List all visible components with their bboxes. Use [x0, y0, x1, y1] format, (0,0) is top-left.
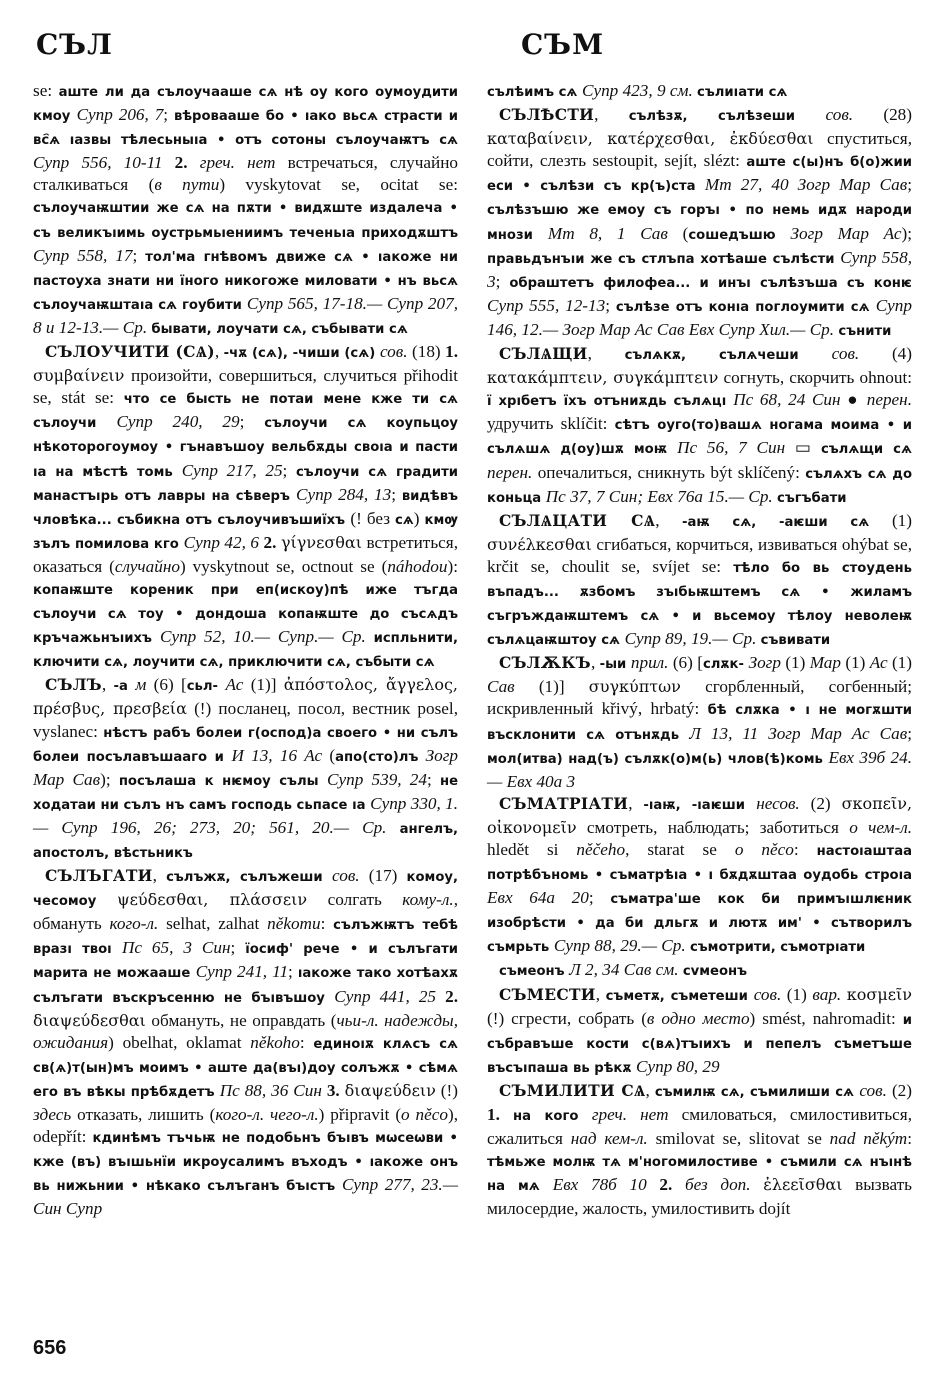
entry-continuation: сълѣимъ сѧ Супр 423, 9 см. сълиıати сѧ	[487, 80, 912, 104]
greek-equivalent: ἐλεεῖσθαι	[763, 1175, 842, 1194]
gloss-text: ●	[847, 390, 866, 409]
gloss-text: ;	[907, 175, 912, 194]
dictionary-entry: СЪЛЪГАТИ, сълъжѫ, сълъжеши сов. (17) ком…	[33, 865, 458, 1220]
gloss-text: ):	[447, 557, 458, 576]
gloss-text: (2)	[800, 794, 842, 813]
headword: СЪМЕСТИ	[499, 985, 596, 1004]
citation-or-label: Супр 423, 9 см.	[582, 81, 697, 100]
citation-or-label: здесь	[33, 1105, 71, 1124]
old-slavonic-text: сълѣимъ сѧ	[487, 85, 582, 100]
gloss-text: ) smést, nahromadit:	[750, 1009, 903, 1028]
citation-or-label: сов.	[859, 1081, 887, 1100]
citation-or-label: прил.	[631, 653, 669, 672]
old-slavonic-text: посълаша к нѥмоу сълы	[119, 774, 327, 789]
gloss-text: (1)	[892, 511, 912, 530]
citation-or-label: o něco	[401, 1105, 448, 1124]
citation-or-label: Сав	[487, 677, 515, 696]
citation-or-label: И 13, 16 Ас	[231, 746, 322, 765]
gloss-text: :	[907, 1129, 912, 1148]
gloss-text: :	[321, 914, 334, 933]
greek-equivalent: γίγνεσθαι	[281, 533, 362, 552]
citation-or-label: o něco	[735, 840, 794, 859]
gloss-text: ;	[391, 485, 402, 504]
citation-or-label: Евх 78б 10	[553, 1175, 660, 1194]
old-slavonic-text: -ыи	[600, 657, 631, 672]
gloss-text: ,	[596, 985, 606, 1004]
old-slavonic-text: сълѧкѫ, сълѧчеши	[625, 348, 832, 363]
citation-or-label: случайно	[115, 557, 180, 576]
old-slavonic-text: сълѧщи сѧ	[821, 442, 912, 457]
citation-or-label: Супр 555, 12-13	[487, 296, 605, 315]
old-slavonic-text: -аѭ сѧ, -аѥши сѧ	[682, 515, 892, 530]
old-slavonic-text: на кого	[513, 1109, 592, 1124]
headword: СЪЛЪГАТИ	[45, 866, 153, 885]
gloss-text: 1.	[445, 342, 458, 361]
citation-or-label: перен.	[487, 463, 532, 482]
gloss-text: ;	[605, 296, 616, 315]
greek-equivalent: καταβαίνειν, κατέρχεσθαι, ἐκδύεσθαι	[487, 129, 814, 148]
citation-or-label: Супр 217, 25	[182, 461, 283, 480]
gloss-text: hledět si	[487, 840, 576, 859]
gloss-text: ) připravit (	[319, 1105, 401, 1124]
citation-or-label: в одно место	[647, 1009, 750, 1028]
greek-equivalent: συμβαίνειν	[33, 366, 124, 385]
greek-equivalent: συγκύπτων	[589, 677, 681, 696]
citation-or-label: без доп.	[685, 1175, 751, 1194]
gloss-text: 2.	[659, 1175, 685, 1194]
headword: СЪЛѦЩИ	[499, 344, 588, 363]
citation-or-label: кому-л.	[402, 890, 453, 909]
gloss-text: );	[902, 224, 913, 243]
gloss-text: (!) сгрести, собрать (	[487, 1009, 647, 1028]
gloss-text: ,	[628, 794, 643, 813]
citation-or-label: Супр 88, 29.— Ср.	[554, 936, 690, 955]
citation-or-label: někomu	[267, 914, 320, 933]
citation-or-label: Супр 441, 25	[334, 987, 445, 1006]
gloss-text: (28)	[853, 105, 912, 124]
citation-or-label: м	[135, 675, 146, 694]
dictionary-entry: СЪЛѦЦАТИ СѦ, -аѭ сѧ, -аѥши сѧ (1) συνέλκ…	[487, 510, 912, 653]
greek-equivalent: ψεύδεσθαι, πλάσσειν	[117, 890, 307, 909]
gloss-text: (!)	[436, 1081, 458, 1100]
page-number: 656	[33, 1337, 66, 1360]
gloss-text: ,	[102, 675, 114, 694]
gloss-text: ,	[591, 653, 600, 672]
gloss-text: (4)	[859, 344, 912, 363]
citation-or-label: Пс 56, 7 Син	[677, 438, 795, 457]
citation-or-label: Пс 68, 24 Син	[733, 390, 847, 409]
old-slavonic-text: съгъбати	[777, 491, 847, 506]
entry-continuation: se: аште ли да сълоучааше сѧ нѣ оу кого …	[33, 80, 458, 341]
citation-or-label: Супр 284, 13	[296, 485, 391, 504]
greek-equivalent: συνέλκεσθαι	[487, 535, 592, 554]
headword: СЪЛѦЦАТИ СѦ	[499, 511, 655, 530]
citation-or-label: Ас	[226, 675, 244, 694]
dictionary-entry: СЪЛѪКЪ, -ыи прил. (6) [слѫк- Зогр (1) Ма…	[487, 652, 912, 793]
old-slavonic-text: -чѫ (сѧ), -чиши (сѧ)	[224, 346, 380, 361]
citation-or-label: Супр 558, 17	[33, 246, 132, 265]
gloss-text: обмануть, не оправдать (	[146, 1011, 337, 1030]
gloss-text: (2)	[887, 1081, 912, 1100]
gloss-text: ;	[496, 272, 510, 291]
citation-or-label: Супр 42, 6	[184, 533, 264, 552]
old-slavonic-text: бывати, лоучати сѧ, събывати сѧ	[151, 322, 407, 337]
old-slavonic-text: съметѫ, съметеши	[606, 989, 754, 1004]
gloss-text: );	[100, 770, 119, 789]
citation-or-label: Пс 37, 7 Син; Евх 76а 15.— Ср.	[546, 487, 777, 506]
dictionary-entry: СЪМЕСТИ, съметѫ, съметеши сов. (1) вар. …	[487, 984, 912, 1080]
gloss-text: ,	[588, 344, 625, 363]
gloss-text: ,	[594, 105, 629, 124]
gloss-text: (	[668, 224, 688, 243]
right-column: сълѣимъ сѧ Супр 423, 9 см. сълиıати сѧСЪ…	[487, 80, 912, 1221]
citation-or-label: кого-л. чего-л.	[215, 1105, 318, 1124]
old-slavonic-text: сѧ	[395, 513, 414, 528]
dictionary-page: СЪЛ СЪМ se: аште ли да сълоучааше сѧ нѣ …	[0, 0, 950, 1392]
gloss-text: 2.	[264, 533, 281, 552]
citation-or-label: Супр 539, 24	[327, 770, 427, 789]
old-slavonic-text: сълѣзе отъ конıа поглоумити сѧ	[616, 300, 876, 315]
old-slavonic-text: ї хрıбетъ їхъ отъниѫдь сълѧцı	[487, 394, 733, 409]
citation-or-label: в пути	[154, 175, 219, 194]
citation-or-label: Супр 206, 7	[77, 105, 164, 124]
citation-or-label: сов.	[380, 342, 408, 361]
dictionary-entry: СЪЛѦЩИ, сълѧкѫ, сълѧчеши сов. (4) κατακά…	[487, 343, 912, 510]
gloss-text: se:	[33, 81, 59, 100]
gloss-text: ▭	[795, 438, 821, 457]
gloss-text: )	[414, 509, 425, 528]
gloss-text: (1)]	[515, 677, 589, 696]
cross-reference: съмеонъ Л 2, 34 Сав см. сvмеонъ	[487, 959, 912, 983]
citation-or-label: Зогр	[749, 653, 781, 672]
citation-or-label: Мар	[810, 653, 841, 672]
gloss-text	[751, 1175, 764, 1194]
old-slavonic-text: мол(итва) над(ъ) сълѫк(о)м(ь) члов(ѣ)ком…	[487, 752, 828, 767]
greek-equivalent: κοσμεῖν	[847, 985, 912, 1004]
gloss-text: :	[794, 840, 817, 859]
old-slavonic-text: правьдънъıи же съ стлъпа хотѣаше сълѣсти	[487, 252, 840, 267]
citation-or-label: сов.	[332, 866, 360, 885]
old-slavonic-text: съмилѭ сѧ, съмилиши сѧ	[655, 1085, 860, 1100]
gloss-text: ,	[215, 342, 224, 361]
gloss-text: :	[300, 1033, 313, 1052]
citation-or-label: Супр 52, 10.— Супр.— Ср.	[160, 627, 374, 646]
headword: СЪЛѢСТИ	[499, 105, 594, 124]
old-slavonic-text: съмотрити, съмотрıати	[690, 940, 865, 955]
old-slavonic-text: сълоучаѭштии же сѧ на пѫти • видѫште изд…	[33, 201, 458, 240]
gloss-text: ,	[153, 866, 166, 885]
citation-or-label: někoho	[250, 1033, 300, 1052]
citation-or-label: Мт 8, 1 Сав	[548, 224, 668, 243]
running-head-right: СЪМ	[521, 28, 604, 61]
gloss-text: (1)	[888, 653, 912, 672]
gloss-text: 2.	[445, 987, 458, 1006]
old-slavonic-text: съмеонъ	[499, 964, 569, 979]
gloss-text: (6) [	[668, 653, 702, 672]
citation-or-label: сов.	[754, 985, 782, 1004]
gloss-text: ) vyskytnout se, octnout se (	[180, 557, 387, 576]
gloss-text: ;	[589, 888, 610, 907]
citation-or-label: сов.	[826, 105, 854, 124]
gloss-text: согнуть, скорчить ohnout:	[718, 368, 912, 387]
dictionary-entry: СЪЛЪ, -а м (6) [сьл- Ас (1)] ἀπόστολος, …	[33, 674, 458, 865]
gloss-text: (	[322, 746, 335, 765]
gloss-text: (17)	[360, 866, 407, 885]
gloss-text: ;	[283, 461, 296, 480]
old-slavonic-text: сълъжѫ, сълъжеши	[166, 870, 332, 885]
gloss-text: опечалиться, сникнуть být sklíčený:	[532, 463, 805, 482]
citation-or-label: Пс 88, 36 Син	[220, 1081, 327, 1100]
gloss-text: (1)	[781, 653, 810, 672]
old-slavonic-text: сvмеонъ	[683, 964, 747, 979]
dictionary-entry: СЪМАТРІАТИ, -ıаѭ, -ıаѥши несов. (2) σκοπ…	[487, 793, 912, 960]
gloss-text: 3.	[327, 1081, 345, 1100]
headword: СЪЛѪКЪ	[499, 653, 591, 672]
citation-or-label: Супр 89, 19.— Ср.	[625, 629, 761, 648]
citation-or-label: Л 13, 11 Зогр Мар Ас Сав	[689, 724, 907, 743]
citation-or-label: nad někým	[830, 1129, 908, 1148]
citation-or-label: Мт 27, 40 Зогр Мар Сав	[705, 175, 907, 194]
citation-or-label: кого-л.	[110, 914, 159, 933]
gloss-text: (1)	[781, 985, 812, 1004]
gloss-text: (1)	[841, 653, 870, 672]
old-slavonic-text: сънити	[838, 324, 891, 339]
old-slavonic-text: -ıаѭ, -ıаѥши	[643, 798, 756, 813]
citation-or-label: Л 2, 34 Сав см.	[569, 960, 683, 979]
headword: СЪМИЛИТИ СѦ	[499, 1081, 645, 1100]
old-slavonic-text: обраштетъ филофеа... и инъı сълѣзъша съ …	[509, 276, 912, 291]
gloss-text: 2.	[175, 153, 200, 172]
citation-or-label: Пс 65, 3 Син	[122, 938, 231, 957]
old-slavonic-text: съвивати	[761, 633, 830, 648]
greek-equivalent: διαψεύδειν	[345, 1081, 436, 1100]
old-slavonic-text: сълиıати сѧ	[697, 85, 787, 100]
citation-or-label: о чем-л.	[849, 818, 912, 837]
citation-or-label: греч. нет	[200, 153, 276, 172]
citation-or-label: перен.	[867, 390, 912, 409]
citation-or-label: Супр 80, 29	[636, 1057, 720, 1076]
citation-or-label: náhodou	[387, 557, 447, 576]
gloss-text: ,	[645, 1081, 654, 1100]
old-slavonic-text: сошедъшю	[688, 228, 790, 243]
gloss-text: ;	[907, 724, 912, 743]
gloss-text: ;	[240, 412, 265, 431]
greek-equivalent: κατακάμπτειν, συγκάμπτειν	[487, 368, 718, 387]
gloss-text: ;	[163, 105, 174, 124]
dictionary-entry: СЪЛѢСТИ, сълѣзѫ, сълѣзеши сов. (28) κατα…	[487, 104, 912, 343]
citation-or-label: сов.	[832, 344, 860, 363]
dictionary-entry: СЪМИЛИТИ СѦ, съмилѭ сѧ, съмилиши сѧ сов.…	[487, 1080, 912, 1221]
gloss-text: солгать	[307, 890, 402, 909]
running-head-left: СЪЛ	[36, 28, 113, 61]
old-slavonic-text: сьл-	[187, 679, 226, 694]
old-slavonic-text: -а	[113, 679, 135, 694]
gloss-text: selhat, zalhat	[158, 914, 267, 933]
gloss-text: ,	[655, 511, 682, 530]
headword: СЪМАТРІАТИ	[499, 794, 628, 813]
gloss-text: ;	[427, 770, 440, 789]
citation-or-label: вар.	[812, 985, 846, 1004]
dictionary-entry: СЪЛОУЧИТИ (СѦ), -чѫ (сѧ), -чиши (сѧ) сов…	[33, 341, 458, 674]
headword: СЪЛОУЧИТИ (СѦ)	[45, 342, 215, 361]
gloss-text: ;	[132, 246, 145, 265]
citation-or-label: несов.	[756, 794, 799, 813]
gloss-text: удручить sklíčit:	[487, 414, 615, 433]
greek-equivalent: διαψεύδεσθαι	[33, 1011, 146, 1030]
gloss-text: ;	[288, 962, 298, 981]
headword: СЪЛЪ	[45, 675, 102, 694]
gloss-text: smilovat se, slitovat se	[648, 1129, 830, 1148]
citation-or-label: Супр 556, 10-11	[33, 153, 175, 172]
gloss-text: смотреть, наблюдать; заботиться	[577, 818, 850, 837]
gloss-text: (18)	[408, 342, 446, 361]
citation-or-label: Супр 241, 11	[196, 962, 288, 981]
old-slavonic-text: сълѣзѫ, сълѣзеши	[629, 109, 826, 124]
left-column: se: аште ли да сълоучааше сѧ нѣ оу кого …	[33, 80, 458, 1221]
gloss-text: ) obelhat, oklamat	[108, 1033, 250, 1052]
gloss-text: 1.	[487, 1105, 513, 1124]
gloss-text: отказать, лишить (	[71, 1105, 215, 1124]
gloss-text: ) vyskytovat se, ocitat se:	[219, 175, 458, 194]
citation-or-label: греч. нет	[592, 1105, 669, 1124]
gloss-text: (1)]	[243, 675, 283, 694]
old-slavonic-text: слѫк-	[703, 657, 749, 672]
old-slavonic-text: апо(сто)лъ	[335, 750, 418, 765]
citation-or-label: Евх 64а 20	[487, 888, 589, 907]
gloss-text: ;	[231, 938, 246, 957]
gloss-text: (6) [	[146, 675, 186, 694]
gloss-text: (! без	[350, 509, 395, 528]
citation-or-label: Ас	[870, 653, 888, 672]
citation-or-label: Зогр Мар Ас	[791, 224, 902, 243]
gloss-text: , starat se	[625, 840, 735, 859]
citation-or-label: над кем-л.	[571, 1129, 648, 1148]
citation-or-label: Супр 240, 29	[116, 412, 239, 431]
citation-or-label: něčeho	[576, 840, 625, 859]
